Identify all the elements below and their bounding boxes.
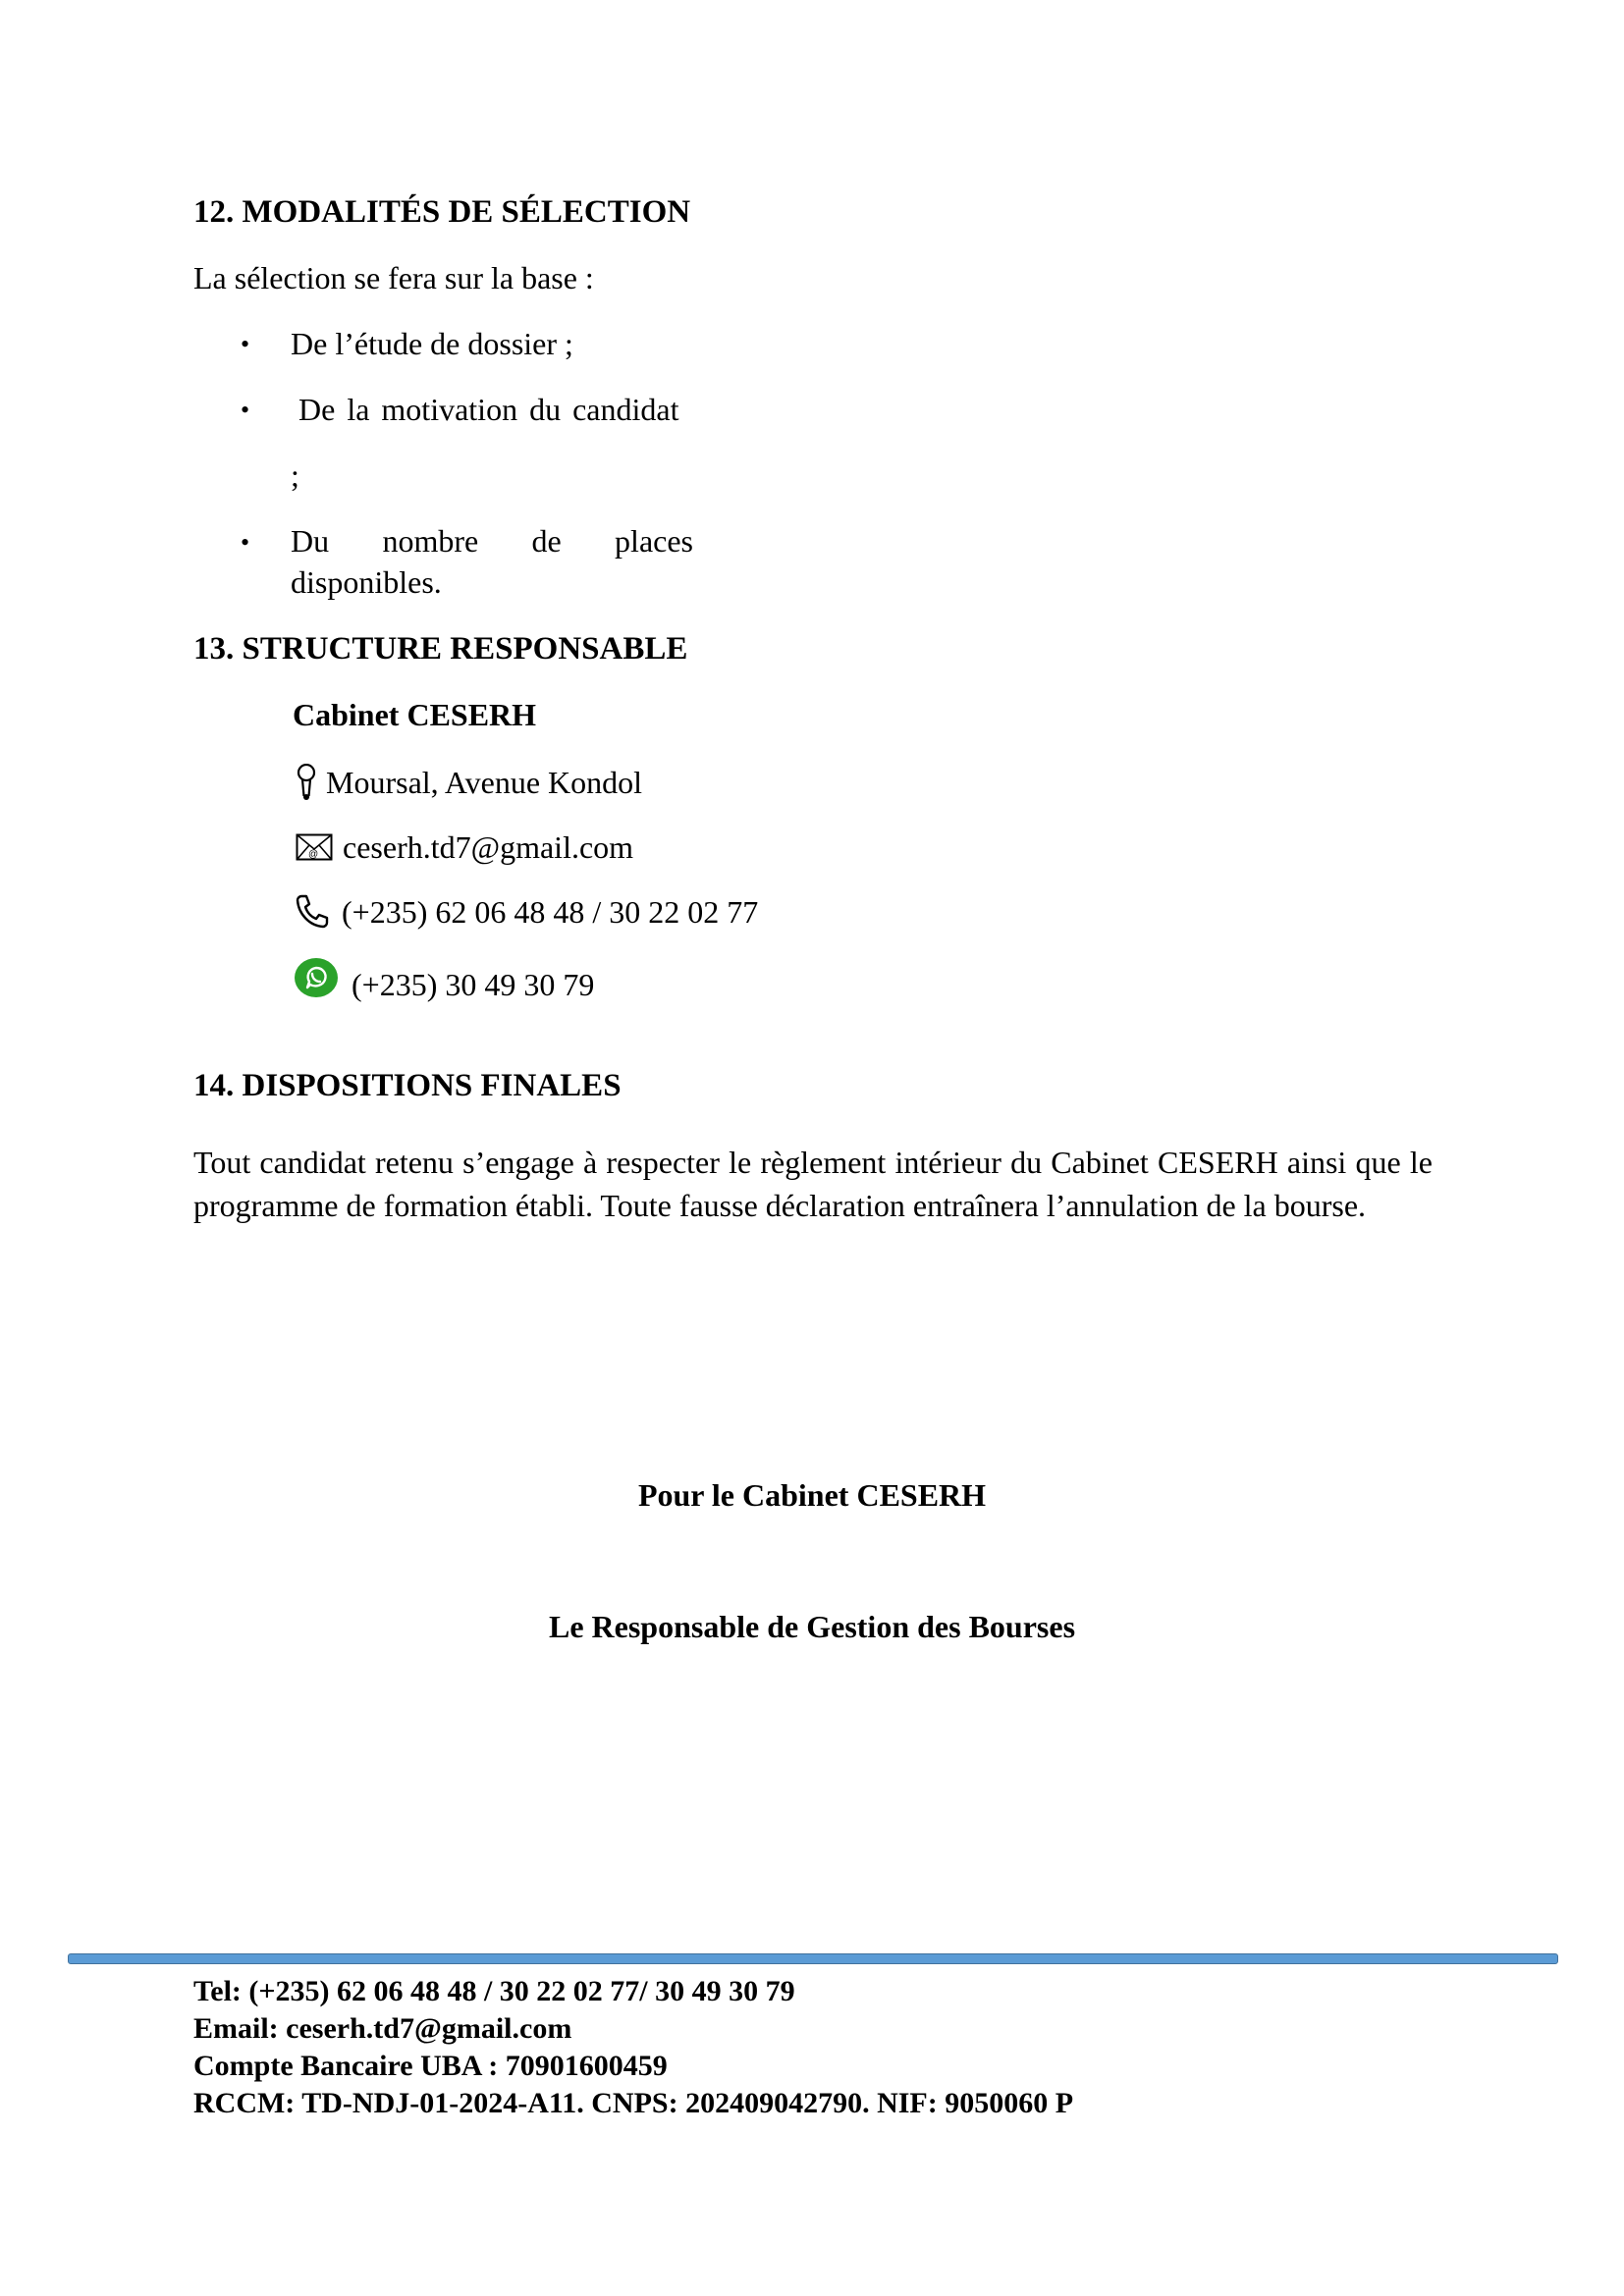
location-pin-icon <box>296 764 317 803</box>
bullet-dot: • <box>241 396 249 425</box>
email-text[interactable]: ceserh.td7@gmail.com <box>343 829 633 866</box>
list-item: Du nombre de places <box>291 523 693 560</box>
signature-org-line: Pour le Cabinet CESERH <box>0 1477 1624 1514</box>
final-provisions-paragraph: Tout candidat retenu s’engage à respecte… <box>193 1141 1433 1227</box>
list-item: De l’étude de dossier ; <box>291 326 573 362</box>
bullet-dot: • <box>241 330 249 359</box>
whatsapp-text[interactable]: (+235) 30 49 30 79 <box>352 967 594 1003</box>
section-14-heading: 14. DISPOSITIONS FINALES <box>193 1068 622 1104</box>
section-12-intro: La sélection se fera sur la base : <box>193 260 594 296</box>
footer-divider-bar <box>68 1953 1558 1964</box>
signature-org-text: Pour le Cabinet CESERH <box>638 1477 986 1513</box>
svg-text:@: @ <box>308 849 318 860</box>
section-13-heading: 13. STRUCTURE RESPONSABLE <box>193 631 687 667</box>
word: de <box>532 523 562 560</box>
word: places <box>615 523 693 560</box>
footer-phone: Tel: (+235) 62 06 48 48 / 30 22 02 77/ 3… <box>193 1975 795 2008</box>
signature-title-line: Le Responsable de Gestion des Bourses <box>0 1609 1624 1645</box>
footer-registration: RCCM: TD-NDJ-01-2024-A11. CNPS: 20240904… <box>193 2087 1073 2120</box>
footer-email: Email: ceserh.td7@gmail.com <box>193 2012 571 2046</box>
list-item-continuation: disponibles. <box>291 564 442 601</box>
bullet-dot: • <box>241 528 249 558</box>
whatsapp-icon <box>294 957 339 998</box>
signature-title-text: Le Responsable de Gestion des Bourses <box>549 1609 1075 1644</box>
list-item: De la motivation du candidat <box>298 392 678 428</box>
list-item-continuation: ; <box>291 457 299 494</box>
phone-icon <box>295 893 330 929</box>
section-12-heading: 12. MODALITÉS DE SÉLECTION <box>193 194 690 231</box>
organization-name: Cabinet CESERH <box>293 697 536 733</box>
word: Du <box>291 523 329 560</box>
phone-text[interactable]: (+235) 62 06 48 48 / 30 22 02 77 <box>342 894 758 931</box>
footer-bank-account: Compte Bancaire UBA : 70901600459 <box>193 2050 668 2083</box>
address-text: Moursal, Avenue Kondol <box>326 765 642 801</box>
envelope-icon: @ <box>296 833 333 861</box>
word: nombre <box>382 523 478 560</box>
